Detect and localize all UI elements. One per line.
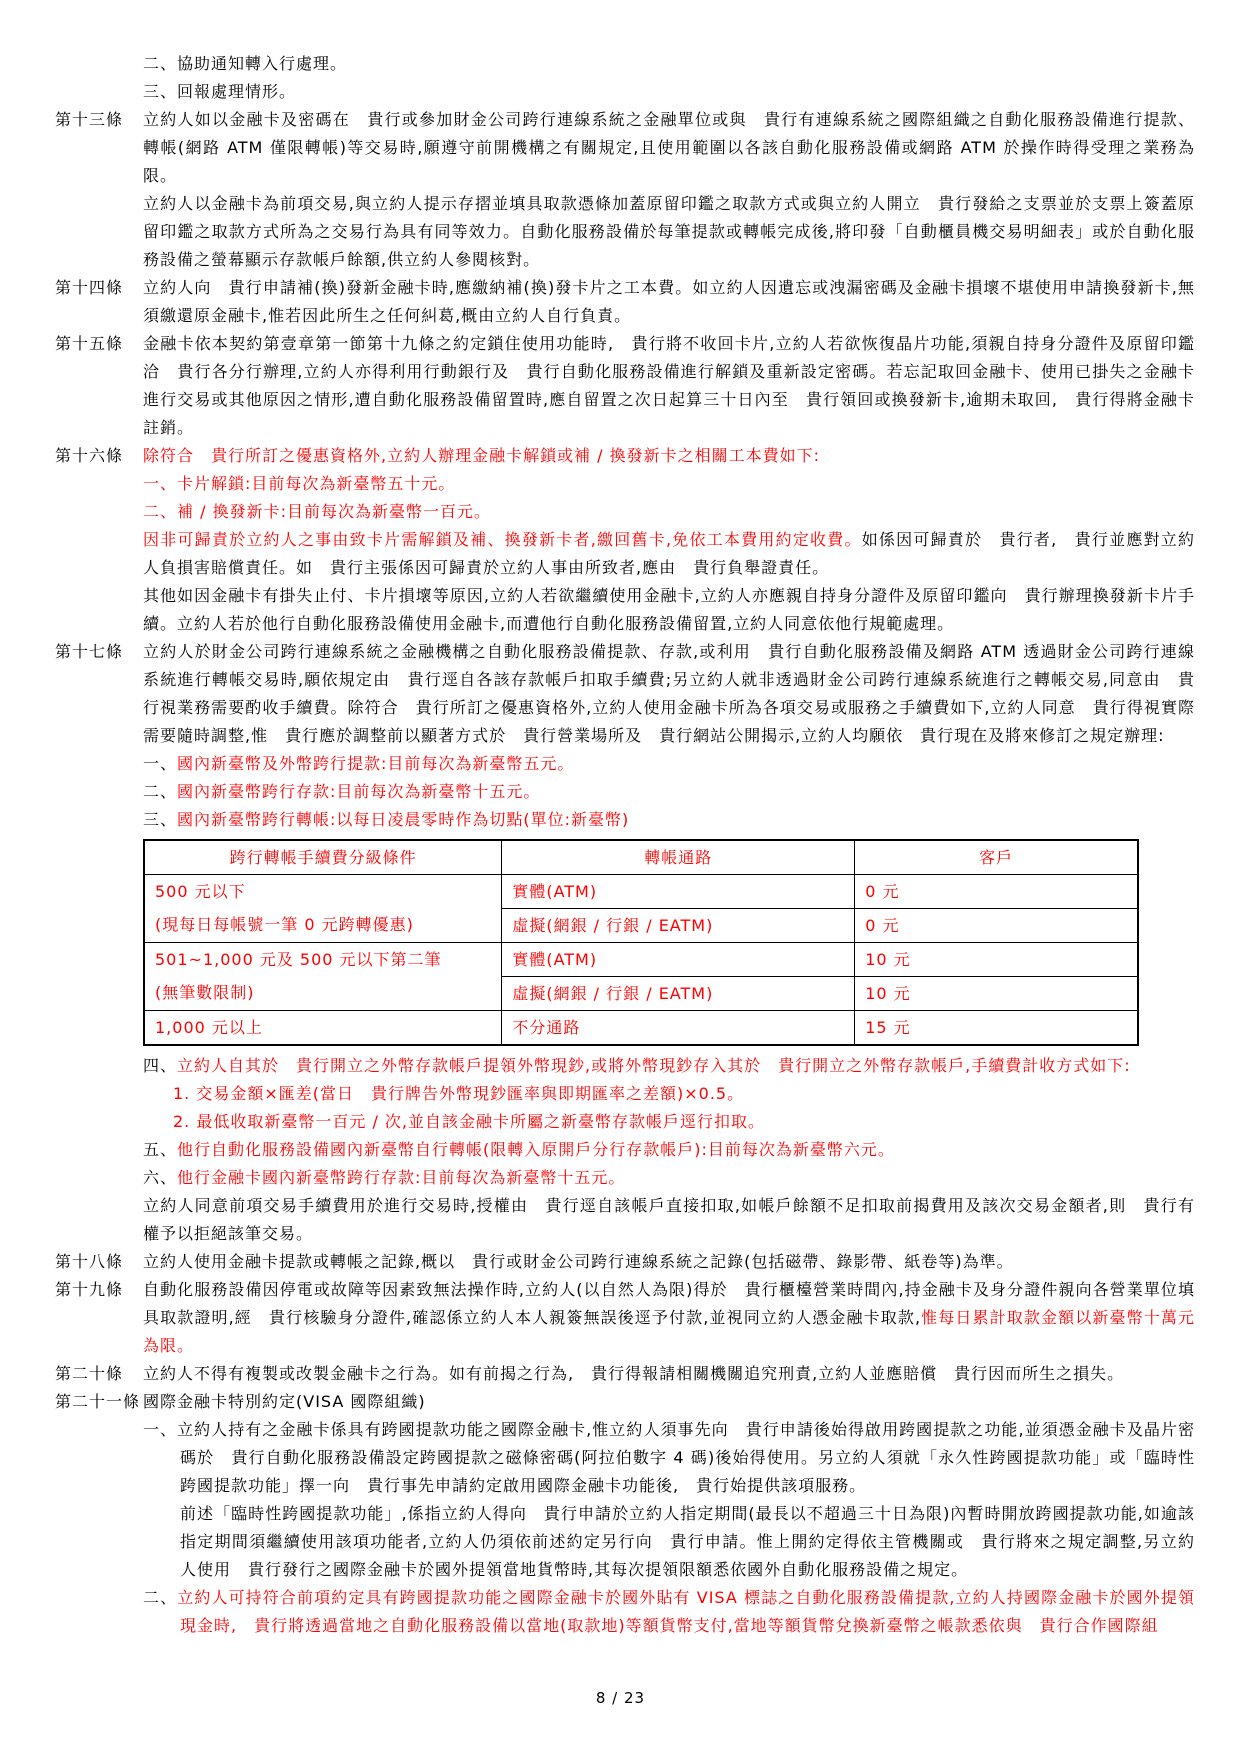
article-a19: 第十九條自動化服務設備因停電或故障等因素致無法操作時,立約人(以自然人為限)得於… — [55, 1276, 1195, 1360]
paragraph: 前述「臨時性跨國提款功能」,係指立約人得向 貴行申請於立約人指定期間(最長以不超… — [180, 1500, 1195, 1584]
text-run: 立約人可持符合前項約定具有跨國提款功能之國際金融卡於國外貼有 VISA 標誌之自… — [177, 1588, 1195, 1635]
table-cell-fee: 10 元 — [855, 977, 1138, 1011]
paragraph: 立約人使用金融卡提款或轉帳之記錄,概以 貴行或財金公司跨行連線系統之記錄(包括磁… — [143, 1248, 1195, 1276]
text-run: 立約人使用金融卡提款或轉帳之記錄,概以 貴行或財金公司跨行連線系統之記錄(包括磁… — [143, 1252, 1014, 1271]
paragraph: 1. 交易金額×匯差(當日 貴行牌告外幣現鈔匯率與即期匯率之差額)×0.5。 — [173, 1080, 1195, 1108]
table-cell-tier: 501~1,000 元及 500 元以下第二筆(無筆數限制) — [144, 943, 502, 1011]
article-a13: 第十三條立約人如以金融卡及密碼在 貴行或參加財金公司跨行連線系統之金融單位或與 … — [55, 106, 1195, 274]
paragraph: 因非可歸責於立約人之事由致卡片需解鎖及補、換發新卡者,繳回舊卡,免依工本費用約定… — [143, 526, 1195, 582]
paragraph: 立約人不得有複製或改製金融卡之行為。如有前揭之行為, 貴行得報請相關機關追究刑責… — [143, 1360, 1195, 1388]
text-run: 二、協助通知轉入行處理。 — [143, 54, 347, 73]
article-number: 第十八條 — [55, 1248, 143, 1276]
table-row: 500 元以下(現每日每帳號一筆 0 元跨轉優惠)實體(ATM)0 元 — [144, 875, 1138, 909]
text-run: 三、 — [143, 810, 177, 829]
page-number: 8 / 23 — [0, 1684, 1241, 1712]
paragraph: 六、他行金融卡國內新臺幣跨行存款:目前每次為新臺幣十五元。 — [143, 1164, 1195, 1192]
article-a21: 第二十一條國際金融卡特別約定(VISA 國際組織)一、立約人持有之金融卡係具有跨… — [55, 1388, 1195, 1640]
transfer-fee-table: 跨行轉帳手續費分級條件轉帳通路客戶500 元以下(現每日每帳號一筆 0 元跨轉優… — [143, 839, 1139, 1046]
article-a17: 第十七條立約人於財金公司跨行連線系統之金融機構之自動化服務設備提款、存款,或利用… — [55, 638, 1195, 1248]
paragraph: 2. 最低收取新臺幣一百元 / 次,並自該金融卡所屬之新臺幣存款帳戶逕行扣取。 — [173, 1108, 1195, 1136]
article-pre: 二、協助通知轉入行處理。三、回報處理情形。 — [55, 50, 1195, 106]
paragraph: 三、回報處理情形。 — [143, 78, 1195, 106]
text-run: 五、 — [143, 1140, 177, 1159]
article-number: 第十四條 — [55, 274, 143, 302]
article-body: 金融卡依本契約第壹章第一節第十九條之約定鎖住使用功能時, 貴行將不收回卡片,立約… — [143, 330, 1195, 442]
paragraph: 三、國內新臺幣跨行轉帳:以每日凌晨零時作為切點(單位:新臺幣) — [143, 806, 1195, 834]
table-cell-fee: 10 元 — [855, 943, 1138, 977]
table-header-row: 跨行轉帳手續費分級條件轉帳通路客戶 — [144, 840, 1138, 875]
article-body: 國際金融卡特別約定(VISA 國際組織)一、立約人持有之金融卡係具有跨國提款功能… — [143, 1388, 1195, 1640]
article-number: 第十三條 — [55, 106, 143, 134]
text-run: 2. 最低收取新臺幣一百元 / 次,並自該金融卡所屬之新臺幣存款帳戶逕行扣取。 — [173, 1112, 765, 1131]
text-run: 一、卡片解鎖:目前每次為新臺幣五十元。 — [143, 474, 455, 493]
paragraph: 其他如因金融卡有掛失止付、卡片損壞等原因,立約人若欲繼續使用金融卡,立約人亦應親… — [143, 582, 1195, 638]
document-content: 二、協助通知轉入行處理。三、回報處理情形。第十三條立約人如以金融卡及密碼在 貴行… — [55, 50, 1195, 1640]
article-body: 立約人使用金融卡提款或轉帳之記錄,概以 貴行或財金公司跨行連線系統之記錄(包括磁… — [143, 1248, 1195, 1276]
article-number: 第十六條 — [55, 442, 143, 470]
table-row: 501~1,000 元及 500 元以下第二筆(無筆數限制)實體(ATM)10 … — [144, 943, 1138, 977]
text-run: 因非可歸責於立約人之事由致卡片需解鎖及補、換發新卡者,繳回舊卡,免依工本費用約定… — [143, 530, 862, 549]
text-run: 一、 — [143, 754, 177, 773]
table-cell-line: 501~1,000 元及 500 元以下第二筆 — [155, 943, 491, 976]
paragraph: 一、國內新臺幣及外幣跨行提款:目前每次為新臺幣五元。 — [143, 750, 1195, 778]
paragraph: 一、立約人持有之金融卡係具有跨國提款功能之國際金融卡,惟立約人須事先向 貴行申請… — [143, 1416, 1195, 1500]
table-cell-channel: 實體(ATM) — [502, 875, 855, 909]
text-run: 國際金融卡特別約定(VISA 國際組織) — [143, 1392, 426, 1411]
text-run: 二、補 / 換發新卡:目前每次為新臺幣一百元。 — [143, 502, 491, 521]
text-run: 立約人於財金公司跨行連線系統之金融機構之自動化服務設備提款、存款,或利用 貴行自… — [143, 642, 1195, 745]
paragraph: 立約人同意前項交易手續費用於進行交易時,授權由 貴行逕自該帳戶直接扣取,如帳戶餘… — [143, 1192, 1195, 1248]
paragraph: 二、立約人可持符合前項約定具有跨國提款功能之國際金融卡於國外貼有 VISA 標誌… — [143, 1584, 1195, 1640]
table-cell-fee: 15 元 — [855, 1011, 1138, 1046]
text-run: 國內新臺幣跨行存款:目前每次為新臺幣十五元。 — [177, 782, 540, 801]
text-run: 立約人向 貴行申請補(換)發新金融卡時,應繳納補(換)發卡片之工本費。如立約人因… — [143, 278, 1195, 325]
text-run: 他行金融卡國內新臺幣跨行存款:目前每次為新臺幣十五元。 — [177, 1168, 625, 1187]
paragraph: 四、立約人自其於 貴行開立之外幣存款帳戶提領外幣現鈔,或將外幣現鈔存入其於 貴行… — [143, 1052, 1195, 1080]
paragraph: 立約人向 貴行申請補(換)發新金融卡時,應繳納補(換)發卡片之工本費。如立約人因… — [143, 274, 1195, 330]
text-run: 金融卡依本契約第壹章第一節第十九條之約定鎖住使用功能時, 貴行將不收回卡片,立約… — [143, 334, 1195, 437]
text-run: 立約人自其於 貴行開立之外幣存款帳戶提領外幣現鈔,或將外幣現鈔存入其於 貴行開立… — [177, 1056, 1131, 1075]
article-a16: 第十六條除符合 貴行所訂之優惠資格外,立約人辦理金融卡解鎖或補 / 換發新卡之相… — [55, 442, 1195, 638]
article-body: 二、協助通知轉入行處理。三、回報處理情形。 — [143, 50, 1195, 106]
table-cell-line: 500 元以下 — [155, 875, 491, 908]
article-body: 立約人於財金公司跨行連線系統之金融機構之自動化服務設備提款、存款,或利用 貴行自… — [143, 638, 1195, 1248]
text-run: 除符合 貴行所訂之優惠資格外,立約人辦理金融卡解鎖或補 / 換發新卡之相關工本費… — [143, 446, 820, 465]
text-run: 立約人不得有複製或改製金融卡之行為。如有前揭之行為, 貴行得報請相關機關追究刑責… — [143, 1364, 1124, 1383]
article-body: 立約人不得有複製或改製金融卡之行為。如有前揭之行為, 貴行得報請相關機關追究刑責… — [143, 1360, 1195, 1388]
text-run: 其他如因金融卡有掛失止付、卡片損壞等原因,立約人若欲繼續使用金融卡,立約人亦應親… — [143, 586, 1195, 633]
article-number: 第二十條 — [55, 1360, 143, 1388]
table-header-cell: 跨行轉帳手續費分級條件 — [144, 840, 502, 875]
paragraph: 國際金融卡特別約定(VISA 國際組織) — [143, 1388, 1195, 1416]
paragraph: 二、國內新臺幣跨行存款:目前每次為新臺幣十五元。 — [143, 778, 1195, 806]
paragraph: 除符合 貴行所訂之優惠資格外,立約人辦理金融卡解鎖或補 / 換發新卡之相關工本費… — [143, 442, 1195, 470]
text-run: 1. 交易金額×匯差(當日 貴行牌告外幣現鈔匯率與即期匯率之差額)×0.5。 — [173, 1084, 744, 1103]
table-cell-channel: 不分通路 — [502, 1011, 855, 1046]
article-a20: 第二十條立約人不得有複製或改製金融卡之行為。如有前揭之行為, 貴行得報請相關機關… — [55, 1360, 1195, 1388]
text-run: 一、立約人持有之金融卡係具有跨國提款功能之國際金融卡,惟立約人須事先向 貴行申請… — [143, 1420, 1195, 1495]
article-body: 立約人向 貴行申請補(換)發新金融卡時,應繳納補(換)發卡片之工本費。如立約人因… — [143, 274, 1195, 330]
table-cell-fee: 0 元 — [855, 909, 1138, 943]
text-run: 立約人同意前項交易手續費用於進行交易時,授權由 貴行逕自該帳戶直接扣取,如帳戶餘… — [143, 1196, 1195, 1243]
table-cell-channel: 虛擬(網銀 / 行銀 / EATM) — [502, 909, 855, 943]
table-cell-channel: 虛擬(網銀 / 行銀 / EATM) — [502, 977, 855, 1011]
text-run: 二、 — [143, 782, 177, 801]
paragraph: 一、卡片解鎖:目前每次為新臺幣五十元。 — [143, 470, 1195, 498]
text-run: 國內新臺幣跨行轉帳:以每日凌晨零時作為切點(單位:新臺幣) — [177, 810, 629, 829]
contract-document-page: 二、協助通知轉入行處理。三、回報處理情形。第十三條立約人如以金融卡及密碼在 貴行… — [0, 0, 1241, 1754]
paragraph: 自動化服務設備因停電或故障等因素致無法操作時,立約人(以自然人為限)得於 貴行櫃… — [143, 1276, 1195, 1360]
article-a14: 第十四條立約人向 貴行申請補(換)發新金融卡時,應繳納補(換)發卡片之工本費。如… — [55, 274, 1195, 330]
table-cell-fee: 0 元 — [855, 875, 1138, 909]
article-body: 自動化服務設備因停電或故障等因素致無法操作時,立約人(以自然人為限)得於 貴行櫃… — [143, 1276, 1195, 1360]
paragraph: 立約人以金融卡為前項交易,與立約人提示存摺並填具取款憑條加蓋原留印鑑之取款方式或… — [143, 190, 1195, 274]
text-run: 立約人如以金融卡及密碼在 貴行或參加財金公司跨行連線系統之金融單位或與 貴行有連… — [143, 110, 1195, 185]
text-run: 立約人以金融卡為前項交易,與立約人提示存摺並填具取款憑條加蓋原留印鑑之取款方式或… — [143, 194, 1195, 269]
text-run: 六、 — [143, 1168, 177, 1187]
article-number: 第二十一條 — [55, 1388, 143, 1416]
text-run: 前述「臨時性跨國提款功能」,係指立約人得向 貴行申請於立約人指定期間(最長以不超… — [180, 1504, 1195, 1579]
article-a18: 第十八條立約人使用金融卡提款或轉帳之記錄,概以 貴行或財金公司跨行連線系統之記錄… — [55, 1248, 1195, 1276]
article-number: 第十五條 — [55, 330, 143, 358]
table-cell-channel: 實體(ATM) — [502, 943, 855, 977]
text-run: 四、 — [143, 1056, 177, 1075]
article-number: 第十七條 — [55, 638, 143, 666]
paragraph: 二、協助通知轉入行處理。 — [143, 50, 1195, 78]
article-a15: 第十五條金融卡依本契約第壹章第一節第十九條之約定鎖住使用功能時, 貴行將不收回卡… — [55, 330, 1195, 442]
table-header-cell: 轉帳通路 — [502, 840, 855, 875]
table-cell-line: (現每日每帳號一筆 0 元跨轉優惠) — [155, 908, 491, 941]
text-run: 國內新臺幣及外幣跨行提款:目前每次為新臺幣五元。 — [177, 754, 574, 773]
table-cell-tier: 500 元以下(現每日每帳號一筆 0 元跨轉優惠) — [144, 875, 502, 943]
article-body: 除符合 貴行所訂之優惠資格外,立約人辦理金融卡解鎖或補 / 換發新卡之相關工本費… — [143, 442, 1195, 638]
article-number: 第十九條 — [55, 1276, 143, 1304]
text-run: 他行自動化服務設備國內新臺幣自行轉帳(限轉入原開戶分行存款帳戶):目前每次為新臺… — [177, 1140, 895, 1159]
paragraph: 立約人如以金融卡及密碼在 貴行或參加財金公司跨行連線系統之金融單位或與 貴行有連… — [143, 106, 1195, 190]
paragraph: 立約人於財金公司跨行連線系統之金融機構之自動化服務設備提款、存款,或利用 貴行自… — [143, 638, 1195, 750]
table-cell-line: 1,000 元以上 — [155, 1011, 491, 1044]
table-cell-tier: 1,000 元以上 — [144, 1011, 502, 1046]
table-cell-line: (無筆數限制) — [155, 976, 491, 1009]
text-run: 三、回報處理情形。 — [143, 82, 296, 101]
article-body: 立約人如以金融卡及密碼在 貴行或參加財金公司跨行連線系統之金融單位或與 貴行有連… — [143, 106, 1195, 274]
table-row: 1,000 元以上不分通路15 元 — [144, 1011, 1138, 1046]
table-header-cell: 客戶 — [855, 840, 1138, 875]
text-run: 二、 — [143, 1588, 177, 1607]
paragraph: 五、他行自動化服務設備國內新臺幣自行轉帳(限轉入原開戶分行存款帳戶):目前每次為… — [143, 1136, 1195, 1164]
paragraph: 金融卡依本契約第壹章第一節第十九條之約定鎖住使用功能時, 貴行將不收回卡片,立約… — [143, 330, 1195, 442]
paragraph: 二、補 / 換發新卡:目前每次為新臺幣一百元。 — [143, 498, 1195, 526]
